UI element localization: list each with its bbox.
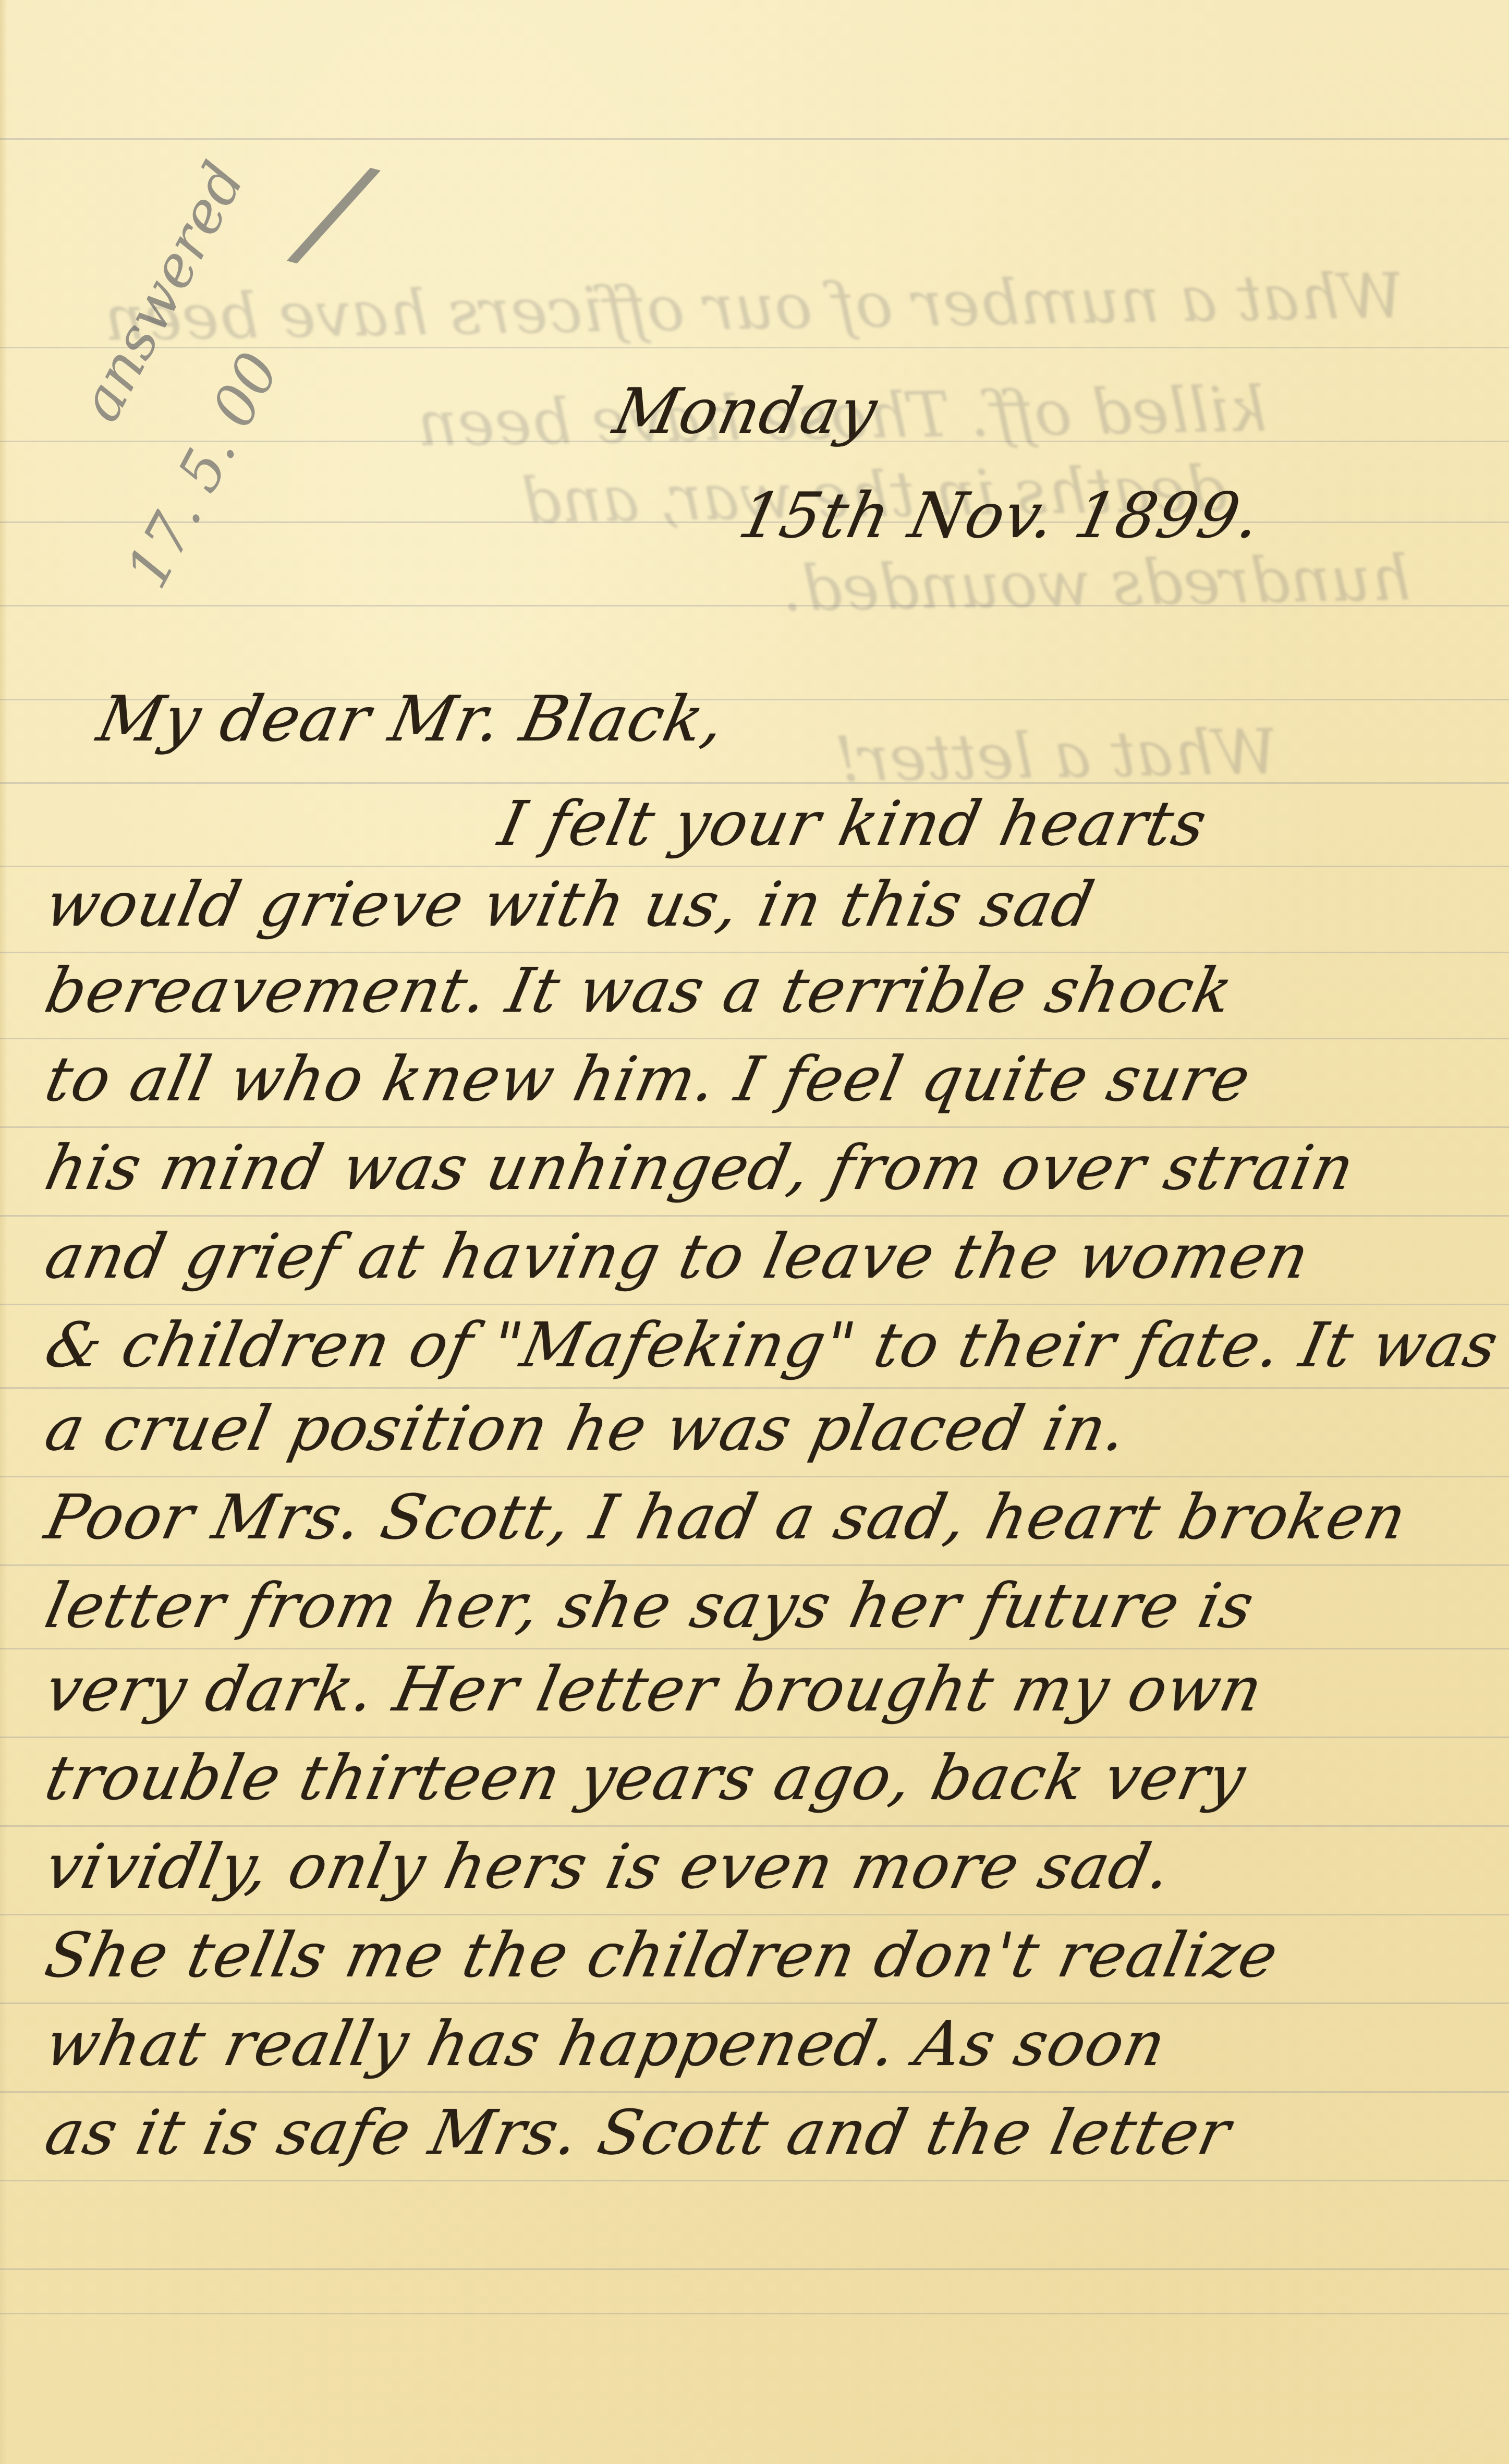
ruled-line [0,2091,1509,2093]
letter-body-line: very dark. Her letter brought my own [39,1653,1270,1725]
bleed-through-text: What a letter! [834,716,1279,796]
letter-dateline-date: 15th Nov. 1899. [733,480,1268,552]
ruled-line [0,1038,1509,1039]
letter-body-line: trouble thirteen years ago, back very [39,1742,1252,1814]
ruled-line [0,138,1509,140]
letter-body-line: as it is safe Mrs. Scott and the letter [39,2096,1237,2168]
ruled-line [0,1914,1509,1915]
letter-salutation: My dear Mr. Black, [91,683,732,756]
ruled-line [0,2313,1509,2314]
letter-body-line: to all who knew him. I feel quite sure [39,1043,1257,1115]
letter-body-line: vividly, only hers is even more sad. [39,1830,1178,1902]
ruled-line [0,952,1509,953]
letter-body-line: would grieve with us, in this sad [39,868,1101,940]
letter-body-line: & children of "Mafeking" to their fate. … [39,1309,1505,1381]
letter-body-line: She tells me the children don't realize [39,1919,1285,1991]
letter-body-line: a cruel position he was placed in. [39,1392,1134,1464]
paper-edge [0,0,7,2464]
ruled-line [0,2268,1509,2270]
letter-dateline-day: Monday [607,375,884,448]
ruled-line [0,1564,1509,1566]
ruled-line [0,1387,1509,1389]
letter-body-line: what really has happened. As soon [39,2008,1173,2080]
ruled-line [0,1215,1509,1217]
bleed-through-text: hundreds wounded. [782,542,1411,625]
letter-body-line: and grief at having to leave the women [39,1220,1316,1292]
ruled-line [0,1825,1509,1827]
ruled-line [0,1304,1509,1305]
ruled-line [0,1476,1509,1477]
letter-page: What a number of our officers have been … [0,0,1509,2464]
ruled-line [0,1737,1509,1738]
letter-body-line: letter from her, she says her future is [39,1570,1261,1642]
letter-body-line: his mind was unhinged, from over strain [39,1132,1361,1204]
letter-body-line: I felt your kind hearts [493,787,1213,859]
ruled-line [0,1126,1509,1128]
letter-body-line: bereavement. It was a terrible shock [39,954,1239,1026]
pencil-slash-mark: / [292,130,377,294]
ruled-line [0,782,1509,784]
ruled-line [0,2002,1509,2004]
ruled-line [0,2180,1509,2181]
ruled-line [0,866,1509,867]
letter-body-line: Poor Mrs. Scott, I had a sad, heart brok… [39,1481,1413,1553]
ruled-line [0,1648,1509,1649]
